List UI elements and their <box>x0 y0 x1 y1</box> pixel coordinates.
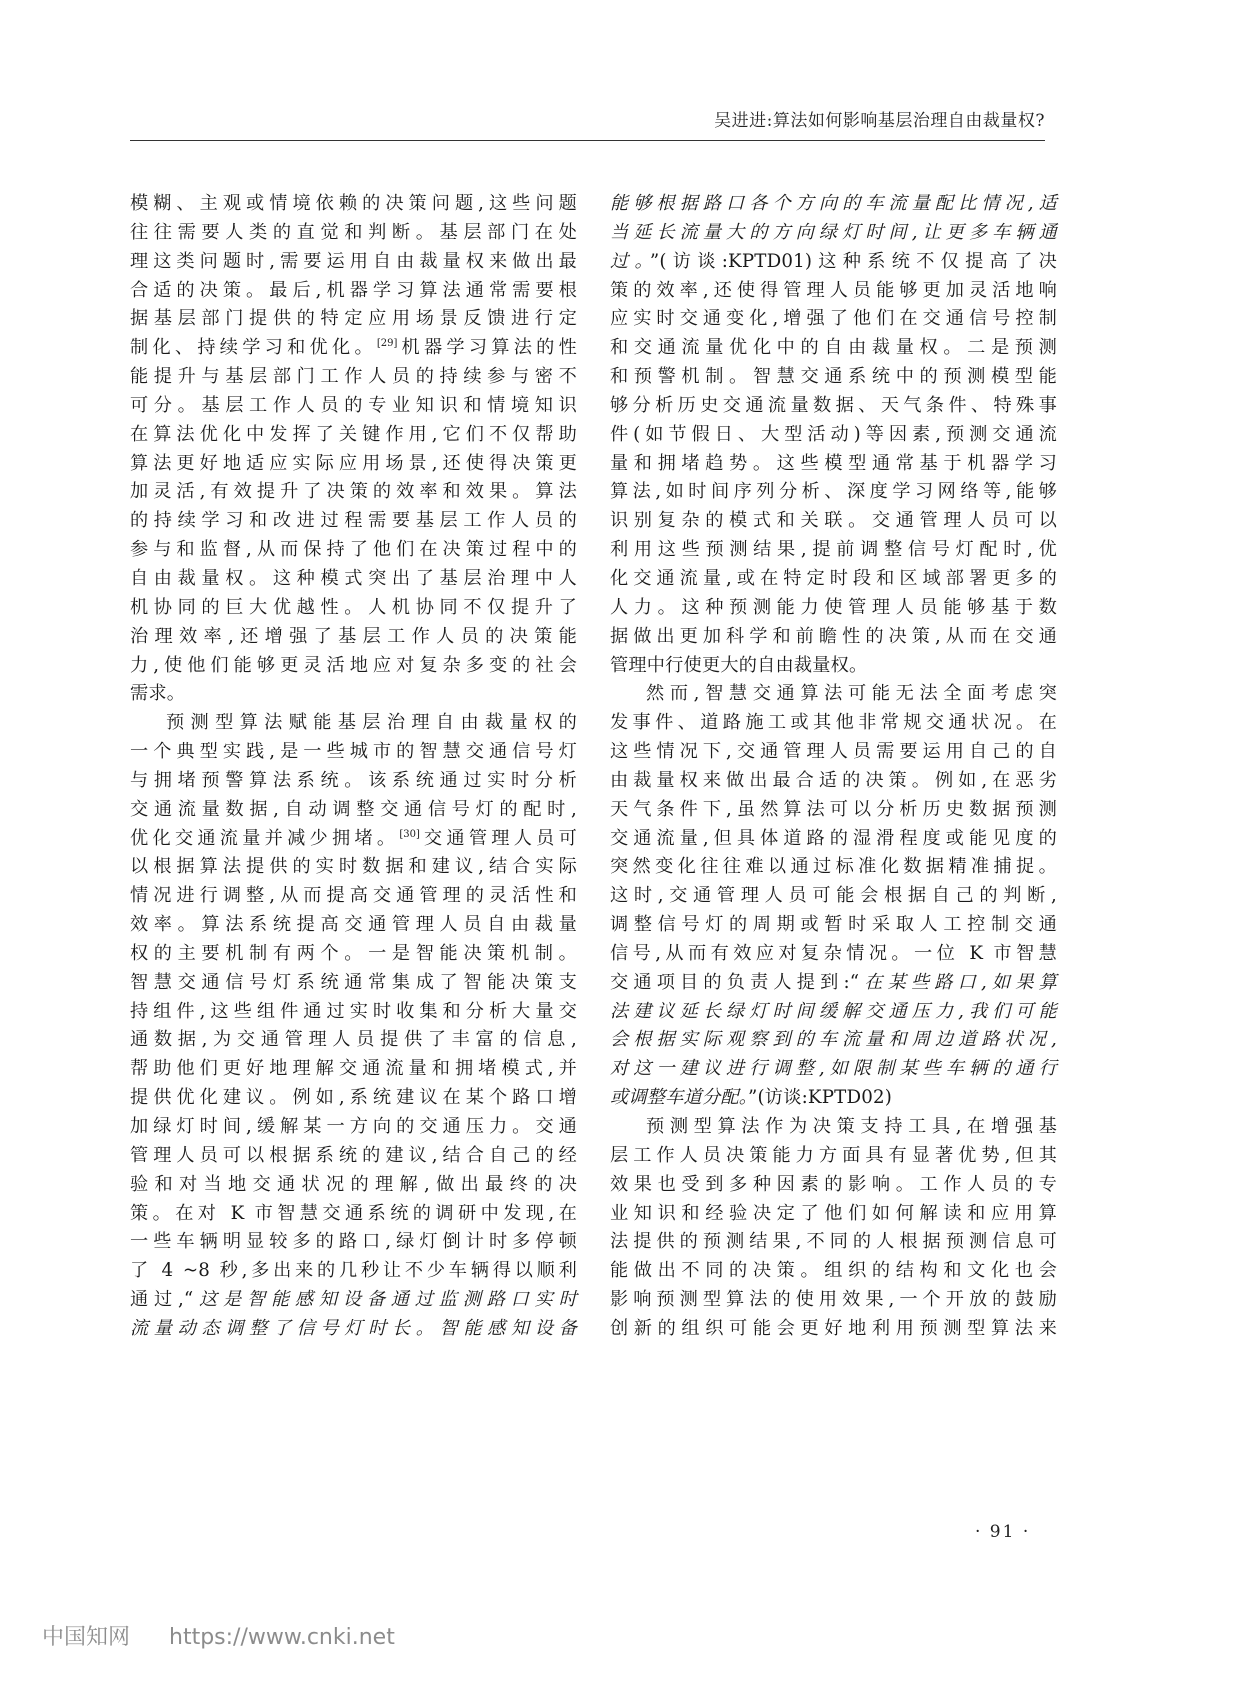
line-text: 模糊、主观或情境依赖的决策问题,这些问题 <box>130 193 577 214</box>
text-line: 或调整车道分配。”(访谈:KPTD02) <box>610 1084 1057 1113</box>
interview-quote: 法建议延长绿灯时间缓解交通压力,我们可能 <box>610 1001 1057 1022</box>
line-text: 提供优化建议。例如,系统建议在某个路口增 <box>130 1087 577 1108</box>
line-text: 需求。 <box>130 683 185 704</box>
text-line: 通数据,为交通管理人员提供了丰富的信息, <box>130 1026 577 1055</box>
watermark-brand: 中国知网 <box>42 1625 130 1650</box>
line-text: 业知识和经验决定了他们如何解读和应用算 <box>610 1203 1057 1224</box>
line-text: 够分析历史交通流量数据、天气条件、特殊事 <box>610 395 1057 416</box>
left-column: 模糊、主观或情境依赖的决策问题,这些问题往往需要人类的直觉和判断。基层部门在处理… <box>130 190 577 1344</box>
line-text: 了 4 ~8 秒,多出来的几秒让不少车辆得以顺利 <box>130 1260 577 1281</box>
text-line: 应实时交通变化,增强了他们在交通信号控制 <box>610 305 1057 334</box>
line-text: 制化、持续学习和优化。 <box>130 337 377 358</box>
text-line: 层工作人员决策能力方面具有显著优势,但其 <box>610 1142 1057 1171</box>
running-title: 吴进进:算法如何影响基层治理自由裁量权? <box>130 106 1045 131</box>
text-line: 够分析历史交通流量数据、天气条件、特殊事 <box>610 392 1057 421</box>
text-line: 发事件、道路施工或其他非常规交通状况。在 <box>610 709 1057 738</box>
watermark-url[interactable]: https://www.cnki.net <box>169 1625 395 1650</box>
line-text: 然而,智慧交通算法可能无法全面考虑突 <box>646 683 1057 704</box>
line-text: 能做出不同的决策。组织的结构和文化也会 <box>610 1260 1057 1281</box>
text-line: 情况进行调整,从而提高交通管理的灵活性和 <box>130 882 577 911</box>
text-line: 据做出更加科学和前瞻性的决策,从而在交通 <box>610 623 1057 652</box>
line-text: 算法,如时间序列分析、深度学习网络等,能够 <box>610 481 1057 502</box>
line-text: 以根据算法提供的实时数据和建议,结合实际 <box>130 856 577 877</box>
text-line: 天气条件下,虽然算法可以分析历史数据预测 <box>610 796 1057 825</box>
text-line: 和预警机制。智慧交通系统中的预测模型能 <box>610 363 1057 392</box>
line-text: 加绿灯时间,缓解某一方向的交通压力。交通 <box>130 1116 577 1137</box>
text-line: 与拥堵预警算法系统。该系统通过实时分析 <box>130 767 577 796</box>
text-line: 管理人员可以根据系统的建议,结合自己的经 <box>130 1142 577 1171</box>
text-line: 化交通流量,或在特定时段和区域部署更多的 <box>610 565 1057 594</box>
watermark: 中国知网 https://www.cnki.net <box>42 1620 395 1651</box>
line-text: 能提升与基层部门工作人员的持续参与密不 <box>130 366 577 387</box>
text-line: 一个典型实践,是一些城市的智慧交通信号灯 <box>130 738 577 767</box>
line-text: 算法更好地适应实际应用场景,还使得决策更 <box>130 453 577 474</box>
line-text: 加灵活,有效提升了决策的效率和效果。算法 <box>130 481 577 502</box>
interview-quote: 会根据实际观察到的车流量和周边道路状况, <box>610 1029 1057 1050</box>
text-line: 和交通流量优化中的自由裁量权。二是预测 <box>610 334 1057 363</box>
text-line: 人力。这种预测能力使管理人员能够基于数 <box>610 594 1057 623</box>
line-text: 智慧交通信号灯系统通常集成了智能决策支 <box>130 972 577 993</box>
text-line: 效果也受到多种因素的影响。工作人员的专 <box>610 1171 1057 1200</box>
text-line: 由裁量权来做出最合适的决策。例如,在恶劣 <box>610 767 1057 796</box>
line-text: 件(如节假日、大型活动)等因素,预测交通流 <box>610 424 1057 445</box>
text-line: 优化交通流量并减少拥堵。[30]交通管理人员可 <box>130 825 577 854</box>
interview-quote: 或调整车道分配。 <box>610 1087 748 1108</box>
line-text: 策。在对 K 市智慧交通系统的调研中发现,在 <box>130 1203 577 1224</box>
text-line: 能够根据路口各个方向的车流量配比情况,适 <box>610 190 1057 219</box>
line-text: 调整信号灯的周期或暂时采取人工控制交通 <box>610 914 1057 935</box>
citation-ref[interactable]: [30] <box>399 829 420 840</box>
text-line: 自由裁量权。这种模式突出了基层治理中人 <box>130 565 577 594</box>
text-line: 当延长流量大的方向绿灯时间,让更多车辆通 <box>610 219 1057 248</box>
interview-quote: 对这一建议进行调整,如限制某些车辆的通行 <box>610 1058 1057 1079</box>
text-line: 算法,如时间序列分析、深度学习网络等,能够 <box>610 478 1057 507</box>
line-text: 效果也受到多种因素的影响。工作人员的专 <box>610 1174 1057 1195</box>
text-line: 法提供的预测结果,不同的人根据预测信息可 <box>610 1228 1057 1257</box>
line-text: ”(访谈:KPTD02) <box>748 1087 892 1108</box>
text-line: 量和拥堵趋势。这些模型通常基于机器学习 <box>610 450 1057 479</box>
line-text: 与拥堵预警算法系统。该系统通过实时分析 <box>130 770 577 791</box>
header-rule <box>130 140 1045 141</box>
interview-quote: 当延长流量大的方向绿灯时间,让更多车辆通 <box>610 222 1057 243</box>
text-line: 可分。基层工作人员的专业知识和情境知识 <box>130 392 577 421</box>
text-line: 创新的组织可能会更好地利用预测型算法来 <box>610 1315 1057 1344</box>
interview-quote: 这是智能感知设备通过监测路口实时 <box>193 1289 577 1310</box>
text-line: 能提升与基层部门工作人员的持续参与密不 <box>130 363 577 392</box>
line-text: 机协同的巨大优越性。人机协同不仅提升了 <box>130 597 577 618</box>
line-text: 管理人员可以根据系统的建议,结合自己的经 <box>130 1145 577 1166</box>
text-line: 利用这些预测结果,提前调整信号灯配时,优 <box>610 536 1057 565</box>
line-text: 验和对当地交通状况的理解,做出最终的决 <box>130 1174 577 1195</box>
line-text: 和交通流量优化中的自由裁量权。二是预测 <box>610 337 1057 358</box>
line-text: 天气条件下,虽然算法可以分析历史数据预测 <box>610 799 1057 820</box>
line-text: 优化交通流量并减少拥堵。 <box>130 828 399 849</box>
line-text: 交通流量数据,自动调整交通信号灯的配时, <box>130 799 577 820</box>
interview-quote: 能够根据路口各个方向的车流量配比情况,适 <box>610 193 1057 214</box>
text-line: 需求。 <box>130 680 577 709</box>
text-line: 权的主要机制有两个。一是智能决策机制。 <box>130 940 577 969</box>
line-text: 策的效率,还使得管理人员能够更加灵活地响 <box>610 280 1057 301</box>
line-text: 应实时交通变化,增强了他们在交通信号控制 <box>610 308 1057 329</box>
line-text: 化交通流量,或在特定时段和区域部署更多的 <box>610 568 1057 589</box>
line-text: 预测型算法作为决策支持工具,在增强基 <box>646 1116 1057 1137</box>
text-line: 验和对当地交通状况的理解,做出最终的决 <box>130 1171 577 1200</box>
text-line: 在算法优化中发挥了关键作用,它们不仅帮助 <box>130 421 577 450</box>
line-text: 识别复杂的模式和关联。交通管理人员可以 <box>610 510 1057 531</box>
line-text: 利用这些预测结果,提前调整信号灯配时,优 <box>610 539 1057 560</box>
text-line: 策的效率,还使得管理人员能够更加灵活地响 <box>610 277 1057 306</box>
text-line: 制化、持续学习和优化。[29]机器学习算法的性 <box>130 334 577 363</box>
line-text: 交通项目的负责人提到:“ <box>610 972 859 993</box>
text-line: 这些情况下,交通管理人员需要运用自己的自 <box>610 738 1057 767</box>
text-line: 提供优化建议。例如,系统建议在某个路口增 <box>130 1084 577 1113</box>
line-text: 这时,交通管理人员可能会根据自己的判断, <box>610 885 1057 906</box>
line-text: 情况进行调整,从而提高交通管理的灵活性和 <box>130 885 577 906</box>
text-line: 效率。算法系统提高交通管理人员自由裁量 <box>130 911 577 940</box>
line-text: 预测型算法赋能基层治理自由裁量权的 <box>166 712 577 733</box>
line-text: 影响预测型算法的使用效果,一个开放的鼓励 <box>610 1289 1057 1310</box>
line-text: 持组件,这些组件通过实时收集和分析大量交 <box>130 1001 577 1022</box>
line-text: 法提供的预测结果,不同的人根据预测信息可 <box>610 1231 1057 1252</box>
text-line: 业知识和经验决定了他们如何解读和应用算 <box>610 1200 1057 1229</box>
text-line: 力,使他们能够更灵活地应对复杂多变的社会 <box>130 652 577 681</box>
text-line: 加灵活,有效提升了决策的效率和效果。算法 <box>130 478 577 507</box>
interview-quote: 流量动态调整了信号灯时长。智能感知设备 <box>130 1318 577 1339</box>
line-text: 的持续学习和改进过程需要基层工作人员的 <box>130 510 577 531</box>
text-line: 模糊、主观或情境依赖的决策问题,这些问题 <box>130 190 577 219</box>
line-text: 往往需要人类的直觉和判断。基层部门在处 <box>130 222 577 243</box>
text-line: 理这类问题时,需要运用自由裁量权来做出最 <box>130 248 577 277</box>
text-line: 件(如节假日、大型活动)等因素,预测交通流 <box>610 421 1057 450</box>
text-line: 治理效率,还增强了基层工作人员的决策能 <box>130 623 577 652</box>
text-line: 调整信号灯的周期或暂时采取人工控制交通 <box>610 911 1057 940</box>
text-line: 预测型算法赋能基层治理自由裁量权的 <box>130 709 577 738</box>
line-text: 通数据,为交通管理人员提供了丰富的信息, <box>130 1029 577 1050</box>
line-text: 据做出更加科学和前瞻性的决策,从而在交通 <box>610 626 1057 647</box>
text-line: 能做出不同的决策。组织的结构和文化也会 <box>610 1257 1057 1286</box>
line-text: 自由裁量权。这种模式突出了基层治理中人 <box>130 568 577 589</box>
line-text: 效率。算法系统提高交通管理人员自由裁量 <box>130 914 577 935</box>
text-line: 预测型算法作为决策支持工具,在增强基 <box>610 1113 1057 1142</box>
text-line: 突然变化往往难以通过标准化数据精准捕捉。 <box>610 853 1057 882</box>
text-line: 策。在对 K 市智慧交通系统的调研中发现,在 <box>130 1200 577 1229</box>
text-line: 识别复杂的模式和关联。交通管理人员可以 <box>610 507 1057 536</box>
citation-ref[interactable]: [29] <box>377 338 398 349</box>
line-text: 权的主要机制有两个。一是智能决策机制。 <box>130 943 577 964</box>
text-line: 管理中行使更大的自由裁量权。 <box>610 652 1057 681</box>
right-column: 能够根据路口各个方向的车流量配比情况,适当延长流量大的方向绿灯时间,让更多车辆通… <box>610 190 1057 1344</box>
line-text: 力,使他们能够更灵活地应对复杂多变的社会 <box>130 655 577 676</box>
interview-quote: 过。 <box>610 251 650 272</box>
line-text: 机器学习算法的性 <box>397 337 577 358</box>
line-text: 交通流量,但具体道路的湿滑程度或能见度的 <box>610 828 1057 849</box>
text-line: 参与和监督,从而保持了他们在决策过程中的 <box>130 536 577 565</box>
text-line: 法建议延长绿灯时间缓解交通压力,我们可能 <box>610 998 1057 1027</box>
text-line: 过。”(访谈:KPTD01)这种系统不仅提高了决 <box>610 248 1057 277</box>
line-text: 一些车辆明显较多的路口,绿灯倒计时多停顿 <box>130 1231 577 1252</box>
text-line: 流量动态调整了信号灯时长。智能感知设备 <box>130 1315 577 1344</box>
line-text: 和预警机制。智慧交通系统中的预测模型能 <box>610 366 1057 387</box>
text-line: 了 4 ~8 秒,多出来的几秒让不少车辆得以顺利 <box>130 1257 577 1286</box>
text-line: 机协同的巨大优越性。人机协同不仅提升了 <box>130 594 577 623</box>
text-line: 交通流量,但具体道路的湿滑程度或能见度的 <box>610 825 1057 854</box>
text-line: 交通项目的负责人提到:“在某些路口,如果算 <box>610 969 1057 998</box>
line-text: 交通管理人员可 <box>420 828 577 849</box>
line-text: 量和拥堵趋势。这些模型通常基于机器学习 <box>610 453 1057 474</box>
text-line: 持组件,这些组件通过实时收集和分析大量交 <box>130 998 577 1027</box>
line-text: 人力。这种预测能力使管理人员能够基于数 <box>610 597 1057 618</box>
text-line: 这时,交通管理人员可能会根据自己的判断, <box>610 882 1057 911</box>
line-text: 据基层部门提供的特定应用场景反馈进行定 <box>130 308 577 329</box>
line-text: ”(访谈:KPTD01)这种系统不仅提高了决 <box>650 251 1057 272</box>
line-text: 突然变化往往难以通过标准化数据精准捕捉。 <box>610 856 1057 877</box>
text-line: 会根据实际观察到的车流量和周边道路状况, <box>610 1026 1057 1055</box>
line-text: 合适的决策。最后,机器学习算法通常需要根 <box>130 280 577 301</box>
line-text: 参与和监督,从而保持了他们在决策过程中的 <box>130 539 577 560</box>
line-text: 层工作人员决策能力方面具有显著优势,但其 <box>610 1145 1057 1166</box>
line-text: 通过,“ <box>130 1289 193 1310</box>
line-text: 一个典型实践,是一些城市的智慧交通信号灯 <box>130 741 577 762</box>
text-line: 合适的决策。最后,机器学习算法通常需要根 <box>130 277 577 306</box>
text-line: 帮助他们更好地理解交通流量和拥堵模式,并 <box>130 1055 577 1084</box>
text-line: 对这一建议进行调整,如限制某些车辆的通行 <box>610 1055 1057 1084</box>
text-line: 算法更好地适应实际应用场景,还使得决策更 <box>130 450 577 479</box>
line-text: 由裁量权来做出最合适的决策。例如,在恶劣 <box>610 770 1057 791</box>
line-text: 信号,从而有效应对复杂情况。一位 K 市智慧 <box>610 943 1057 964</box>
text-line: 然而,智慧交通算法可能无法全面考虑突 <box>610 680 1057 709</box>
line-text: 创新的组织可能会更好地利用预测型算法来 <box>610 1318 1057 1339</box>
line-text: 这些情况下,交通管理人员需要运用自己的自 <box>610 741 1057 762</box>
text-line: 以根据算法提供的实时数据和建议,结合实际 <box>130 853 577 882</box>
line-text: 可分。基层工作人员的专业知识和情境知识 <box>130 395 577 416</box>
line-text: 管理中行使更大的自由裁量权。 <box>610 655 867 676</box>
text-line: 通过,“这是智能感知设备通过监测路口实时 <box>130 1286 577 1315</box>
text-line: 信号,从而有效应对复杂情况。一位 K 市智慧 <box>610 940 1057 969</box>
line-text: 发事件、道路施工或其他非常规交通状况。在 <box>610 712 1057 733</box>
line-text: 在算法优化中发挥了关键作用,它们不仅帮助 <box>130 424 577 445</box>
line-text: 治理效率,还增强了基层工作人员的决策能 <box>130 626 577 647</box>
text-line: 影响预测型算法的使用效果,一个开放的鼓励 <box>610 1286 1057 1315</box>
interview-quote: 在某些路口,如果算 <box>859 972 1057 993</box>
text-line: 的持续学习和改进过程需要基层工作人员的 <box>130 507 577 536</box>
text-line: 往往需要人类的直觉和判断。基层部门在处 <box>130 219 577 248</box>
line-text: 帮助他们更好地理解交通流量和拥堵模式,并 <box>130 1058 577 1079</box>
page-number: · 91 · <box>975 1522 1030 1542</box>
text-line: 一些车辆明显较多的路口,绿灯倒计时多停顿 <box>130 1228 577 1257</box>
text-line: 智慧交通信号灯系统通常集成了智能决策支 <box>130 969 577 998</box>
text-line: 加绿灯时间,缓解某一方向的交通压力。交通 <box>130 1113 577 1142</box>
line-text: 理这类问题时,需要运用自由裁量权来做出最 <box>130 251 577 272</box>
text-line: 据基层部门提供的特定应用场景反馈进行定 <box>130 305 577 334</box>
text-line: 交通流量数据,自动调整交通信号灯的配时, <box>130 796 577 825</box>
